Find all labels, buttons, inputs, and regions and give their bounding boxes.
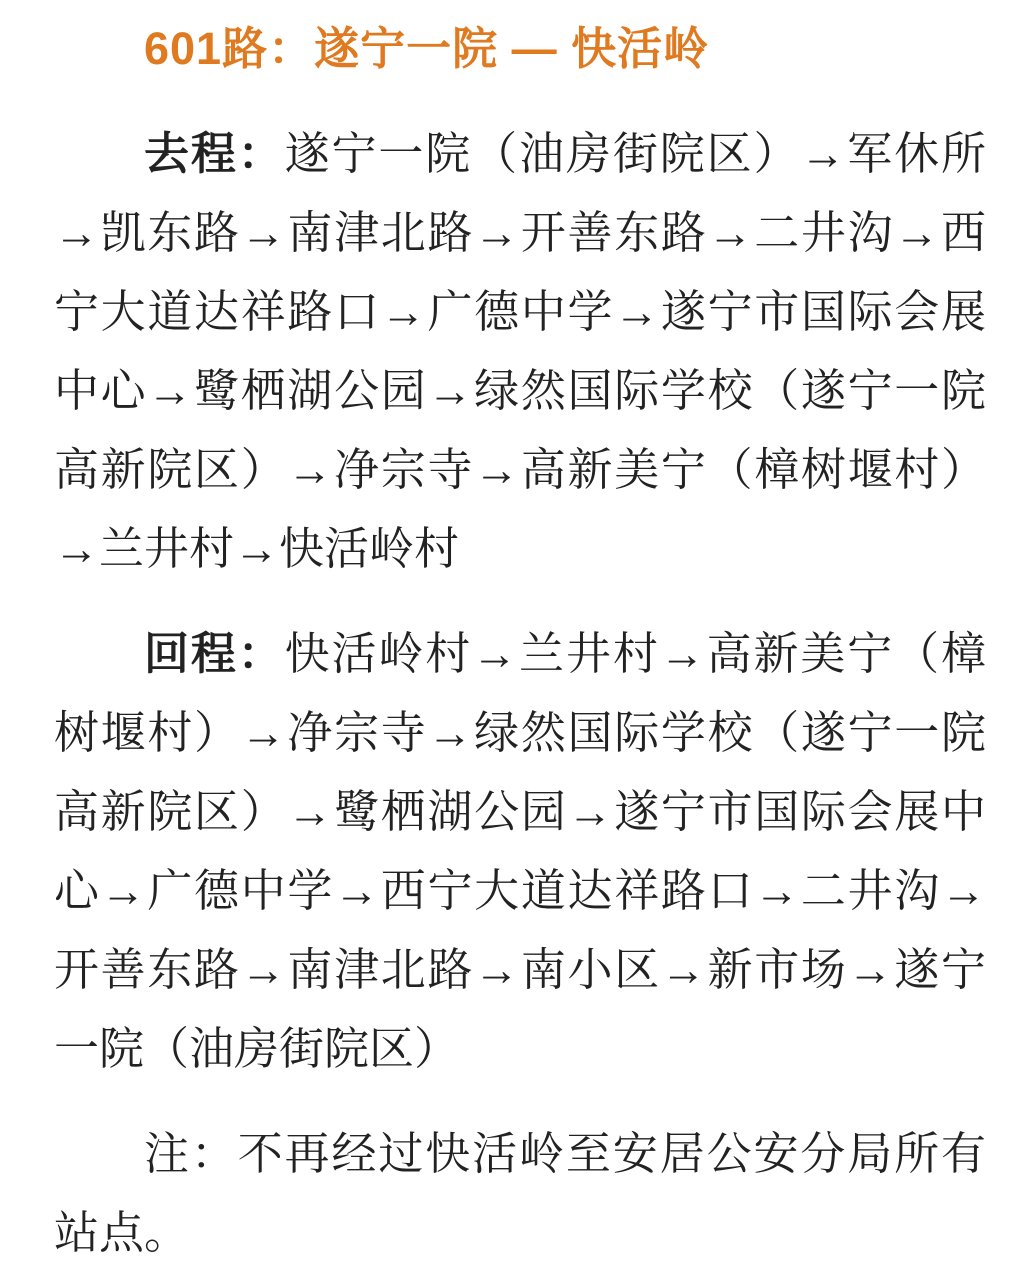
note-paragraph: 注：不再经过快活岭至安居公安分局所有站点。	[54, 1114, 986, 1272]
route-title: 601路：遂宁一院 — 快活岭	[54, 9, 986, 88]
return-route-text: 快活岭村→兰井村→高新美宁（樟树堰村）→净宗寺→绿然国际学校（遂宁一院高新院区）…	[54, 628, 986, 1074]
return-paragraph: 回程：快活岭村→兰井村→高新美宁（樟树堰村）→净宗寺→绿然国际学校（遂宁一院高新…	[54, 614, 986, 1088]
page: { "colors": { "title_orange": "#DF7A20",…	[0, 0, 1034, 1280]
return-label: 回程：	[144, 628, 285, 679]
outbound-label: 去程：	[144, 128, 285, 179]
bus-route-notice: 601路：遂宁一院 — 快活岭 去程：遂宁一院（油房街院区）→军休所→凯东路→南…	[0, 0, 1034, 1272]
note-label: 注：	[144, 1128, 238, 1179]
outbound-paragraph: 去程：遂宁一院（油房街院区）→军休所→凯东路→南津北路→开善东路→二井沟→西宁大…	[54, 114, 986, 588]
outbound-route-text: 遂宁一院（油房街院区）→军休所→凯东路→南津北路→开善东路→二井沟→西宁大道达祥…	[54, 128, 986, 574]
